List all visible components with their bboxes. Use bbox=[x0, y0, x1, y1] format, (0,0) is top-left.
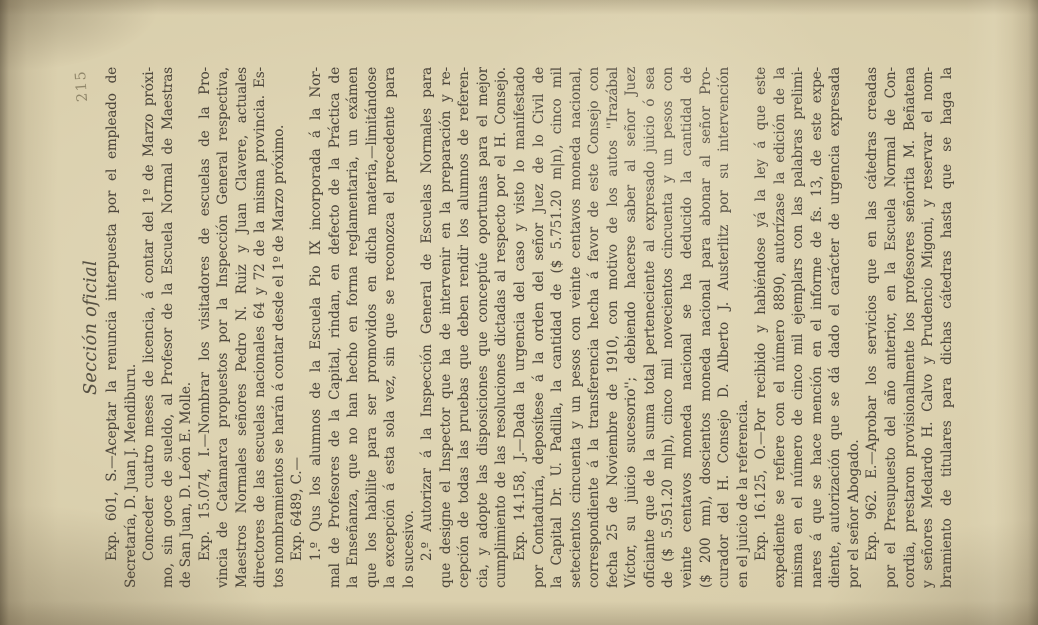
text-line: por Contaduría, deposítese á la orden de… bbox=[530, 67, 549, 588]
rotated-page-container: Sección oficial 215 Exp. 601, S.—Aceptar… bbox=[0, 0, 1038, 625]
text-line: 1.º Qus los alumnos de la Escuela Pio IX… bbox=[307, 67, 326, 588]
text-line: Exp. 962. E.—Aprobar los servicios que e… bbox=[863, 67, 882, 588]
section-title: Sección oficial bbox=[80, 260, 102, 395]
text-line: Exp. 15.074, I.—Nombrar los visitadores … bbox=[196, 67, 215, 588]
text-line: vincia de Catamarca propuestos por la In… bbox=[214, 67, 233, 588]
text-line: curador del H. Consejo D. Alberto J. Aus… bbox=[715, 67, 734, 588]
text-block: Exp. 601, S.—Aceptar la renuncia interpu… bbox=[103, 67, 956, 588]
text-line: correspondiente á la transferencia hecha… bbox=[585, 67, 604, 588]
text-line: bramiento de titulares para dichas cáted… bbox=[938, 67, 957, 588]
text-line: setecientos cincuenta y un pesos con vei… bbox=[567, 67, 586, 588]
text-line: por el señor Abogado. bbox=[845, 67, 864, 588]
text-line: mal de Profesores de la Capital, rindan,… bbox=[326, 67, 345, 588]
text-line: la Capital Dr. U. Padilla, la cantidad d… bbox=[548, 67, 567, 588]
text-line: la Enseñanza, que no han hecho en forma … bbox=[344, 67, 363, 588]
text-line: Secretaría, D. Juan J. Mendiburu. bbox=[122, 67, 141, 588]
text-line: Maestros Normales señores Pedro N. Ruiz … bbox=[233, 67, 252, 588]
text-line: Exp. 6489, C.— bbox=[288, 67, 307, 588]
text-line: Exp. 14.158, J.—Dada la urgencia del cas… bbox=[511, 67, 530, 588]
text-line: fecha 25 de Noviembre de 1910, con motiv… bbox=[604, 67, 623, 588]
text-line: y señores Medardo H. Calvo y Prudencio M… bbox=[919, 67, 938, 588]
text-line: tos nombramientos se harán á contar desd… bbox=[270, 67, 289, 588]
text-line: diente, autorización que se dá dado el c… bbox=[826, 67, 845, 588]
text-line: que designe el Inspector que ha de inter… bbox=[437, 67, 456, 588]
text-line: mo, sin goce de sueldo, al Profesor de l… bbox=[159, 67, 178, 588]
text-line: misma en el número de cinco mil ejemplar… bbox=[789, 67, 808, 588]
page: Sección oficial 215 Exp. 601, S.—Aceptar… bbox=[0, 0, 1038, 625]
text-line: nares á que se hace mención en el inform… bbox=[808, 67, 827, 588]
text-line: Exp. 601, S.—Aceptar la renuncia interpu… bbox=[103, 67, 122, 588]
page-header: Sección oficial 215 bbox=[80, 67, 104, 588]
text-line: en el juicio de la referencia. bbox=[734, 67, 753, 588]
text-line: directores de las escuelas nacionales 64… bbox=[251, 67, 270, 588]
text-line: Conceder cuatro meses de licencia, á con… bbox=[140, 67, 159, 588]
text-line: Víctor, su juicio sucesorio''; debiendo … bbox=[622, 67, 641, 588]
text-line: expediente se refiere con el número 8890… bbox=[771, 67, 790, 588]
text-line: que los habilite para ser promovidos en … bbox=[363, 67, 382, 588]
scanned-book-page: Sección oficial 215 Exp. 601, S.—Aceptar… bbox=[0, 0, 1038, 625]
text-line: veinte centavos moneda nacional se ha de… bbox=[678, 67, 697, 588]
text-line: cepción de todas las pruebas que deben r… bbox=[455, 67, 474, 588]
page-number: 215 bbox=[73, 69, 91, 102]
text-line: por el Presupuesto del año anterior, en … bbox=[882, 67, 901, 588]
text-line: oficiante que de la suma total perteneci… bbox=[641, 67, 660, 588]
text-line: lo sucesivo. bbox=[400, 67, 419, 588]
text-line: la excepción á esta sola vez, sin que se… bbox=[381, 67, 400, 588]
text-line: cordia, prestaron provisionalmente los p… bbox=[901, 67, 920, 588]
text-line: 2.º Autorizar á la Inspección General de… bbox=[418, 67, 437, 588]
text-line: de San Juan, D. León E. Molle. bbox=[177, 67, 196, 588]
text-line: de ($ 5.951.20 m|n), cinco mil novecient… bbox=[659, 67, 678, 588]
text-line: cumplimiento de las resoluciones dictada… bbox=[492, 67, 511, 588]
text-line: cia, y adopte las disposiciones que conc… bbox=[474, 67, 493, 588]
text-line: Exp. 16.125, O.—Por recibido y habiéndos… bbox=[752, 67, 771, 588]
text-line: ($ 200 mn), doscientos moneda nacional p… bbox=[697, 67, 716, 588]
